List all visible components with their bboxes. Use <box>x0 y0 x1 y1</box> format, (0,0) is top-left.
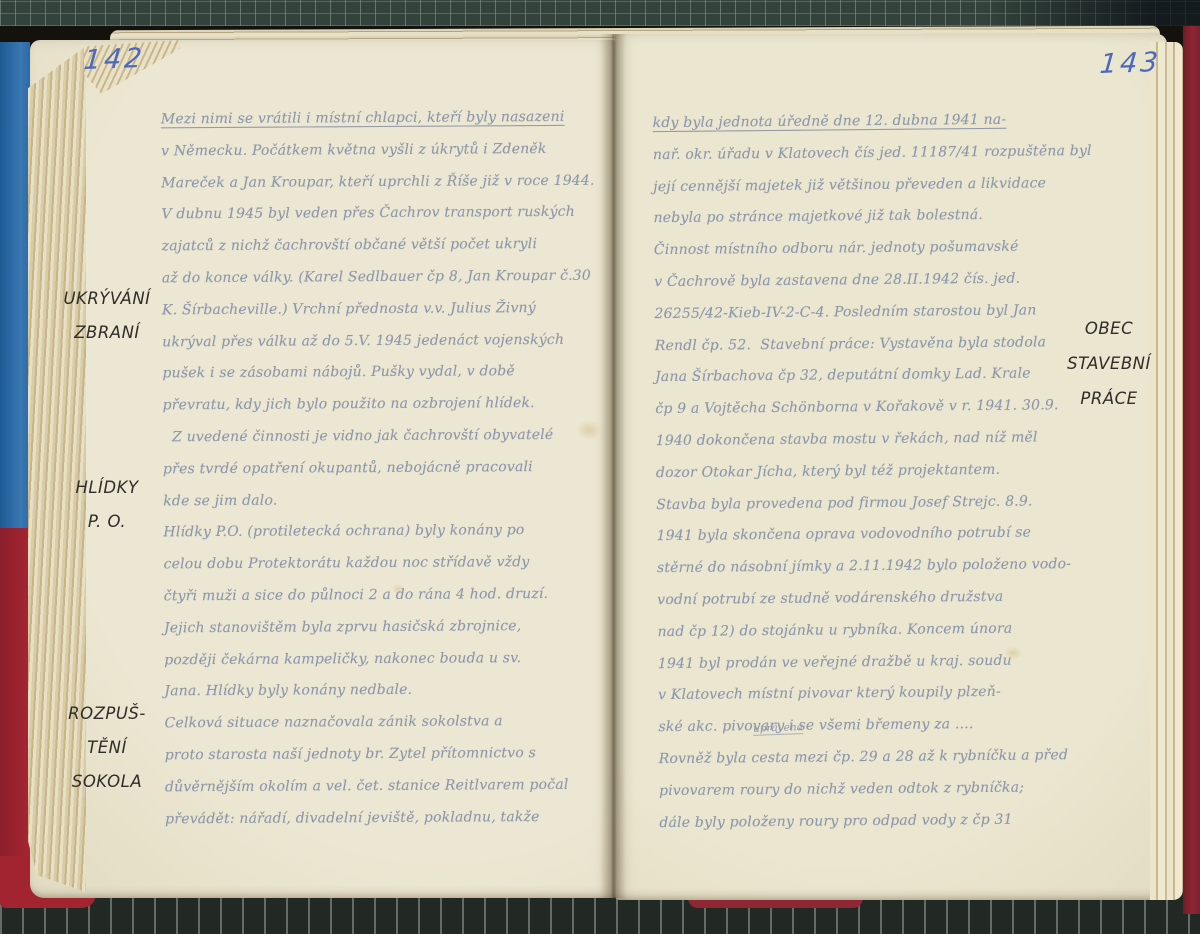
handwritten-line: Rovněž byla cesta mezi čp. 29 a 28 až k … <box>659 740 1098 776</box>
chronicle-scan: 142 143 UKRÝVÁNÍ ZBRANÍ HLÍDKY P. O. ROZ… <box>0 0 1200 934</box>
handwritten-line: až do konce války. (Karel Sedlbauer čp 8… <box>162 261 596 295</box>
handwritten-line: stěrné do násobní jímky a 2.11.1942 bylo… <box>657 549 1096 585</box>
handwritten-line: čtyři muži a sice do půlnoci 2 a do rána… <box>164 579 598 613</box>
handwritten-line: Hlídky P.O. (protiletecká ochrana) byly … <box>163 515 597 549</box>
handwritten-line: Činnost místního odboru nár. jednoty poš… <box>654 231 1093 267</box>
handwritten-line: převádět: nářadí, divadelní jeviště, pok… <box>165 801 599 835</box>
handwritten-line: v Čachrově byla zastavena dne 28.II.1942… <box>654 263 1093 299</box>
handwritten-line: kdy byla jednota úředně dne 12. dubna 19… <box>653 104 1092 140</box>
handwritten-line: nebyla po stránce majetkové již tak bole… <box>653 199 1092 235</box>
handwritten-line: vodní potrubí ze studně vodárenského dru… <box>657 581 1096 617</box>
margin-heading-line: ZBRANÍ <box>46 316 168 350</box>
handwritten-line: Z uvedené činnosti je vidno jak čachrovš… <box>163 420 597 454</box>
handwritten-line: K. Šírbacheville.) Vrchní přednosta v.v.… <box>162 292 596 326</box>
margin-heading-line: TĚNÍ <box>46 731 168 765</box>
handwritten-line: dozor Otokar Jícha, který byl též projek… <box>656 454 1095 490</box>
margin-heading-line: ROZPUŠ- <box>46 697 168 731</box>
handwritten-line: ské akc. pivovary i se všemi břemeny za … <box>658 708 1097 744</box>
book-gutter-shadow <box>600 34 626 898</box>
handwritten-line: Rendl čp. 52. Stavební práce: Vystavěna … <box>655 326 1094 362</box>
handwritten-line: zajatců z nichž čachrovští občané větší … <box>162 229 596 263</box>
handwritten-line: kde se jim dalo. <box>163 483 597 517</box>
handwritten-text-right-page: kdy byla jednota úředně dne 12. dubna 19… <box>653 104 1099 840</box>
handwritten-line: převratu, kdy jich bylo použito na ozbro… <box>163 388 597 422</box>
margin-heading-line: SOKOLA <box>46 765 168 799</box>
handwritten-line: 1941 byl prodán ve veřejné dražbě u kraj… <box>658 644 1097 680</box>
page-number-right: 143 <box>1099 47 1162 80</box>
handwritten-text-left-page: Mezi nimi se vrátili i místní chlapci, k… <box>161 102 599 836</box>
handwritten-line: celou dobu Protektorátu každou noc stříd… <box>163 547 597 581</box>
handwritten-line: její cennější majetek již většinou převe… <box>653 168 1092 204</box>
margin-heading-line: HLÍDKY <box>46 471 168 505</box>
book-cover-red-left <box>0 528 32 904</box>
handwritten-line: 1940 dokončena stavba mostu v řekách, na… <box>656 422 1095 458</box>
handwritten-line: dále byly položeny roury pro odpad vody … <box>659 803 1098 839</box>
handwritten-line: Mareček a Jan Kroupar, kteří uprchli z Ř… <box>161 165 595 199</box>
handwritten-insertion-word: upravená <box>753 721 803 736</box>
handwritten-line: Jejich stanovištěm byla zprvu hasičská z… <box>164 610 598 644</box>
handwritten-line: pušek i se zásobami nábojů. Pušky vydal,… <box>162 356 596 390</box>
handwritten-line: Jana. Hlídky byly konány nedbale. <box>164 674 598 708</box>
handwritten-line: přes tvrdé opatření okupantů, nebojácně … <box>163 451 597 485</box>
handwritten-line: nad čp 12) do stojánku u rybníka. Koncem… <box>657 613 1096 649</box>
margin-heading-line: P. O. <box>46 505 168 539</box>
handwritten-line: proto starosta naší jednoty br. Zytel př… <box>165 738 599 772</box>
handwritten-line: čp 9 a Vojtěcha Schönborna v Kořakově v … <box>655 390 1094 426</box>
page-number-left: 142 <box>83 43 146 76</box>
handwritten-line: nař. okr. úřadu v Klatovech čís jed. 111… <box>653 136 1092 172</box>
handwritten-line: později čekárna kampeličky, nakonec boud… <box>164 642 598 676</box>
handwritten-line: v Klatovech místní pivovar který koupily… <box>658 676 1097 712</box>
handwritten-line: důvěrnějším okolím a vel. čet. stanice R… <box>165 769 599 803</box>
handwritten-line: Mezi nimi se vrátili i místní chlapci, k… <box>161 102 595 136</box>
margin-heading-line: UKRÝVÁNÍ <box>46 282 168 316</box>
handwritten-line: 26255/42-Kieb-IV-2-C-4. Posledním staros… <box>654 295 1093 331</box>
handwritten-line: 1941 byla skončena oprava vodovodního po… <box>656 517 1095 553</box>
cutting-mat-top <box>0 0 1200 26</box>
handwritten-line: Jana Šírbachova čp 32, deputátní domky L… <box>655 358 1094 394</box>
margin-heading-ukryvani-zbrani: UKRÝVÁNÍ ZBRANÍ <box>46 282 168 350</box>
margin-heading-rozpusteni-sokola: ROZPUŠ- TĚNÍ SOKOLA <box>46 697 168 799</box>
handwritten-line: ukrýval přes válku až do 5.V. 1945 jeden… <box>162 324 596 358</box>
book-cover-red-right <box>1183 26 1200 914</box>
book-cover-blue-edge <box>0 42 30 534</box>
handwritten-line: Stavba byla provedena pod firmou Josef S… <box>656 485 1095 521</box>
margin-heading-hlidky-po: HLÍDKY P. O. <box>46 471 168 539</box>
handwritten-line: v Německu. Počátkem května vyšli z úkryt… <box>161 133 595 167</box>
handwritten-line: V dubnu 1945 byl veden přes Čachrov tran… <box>161 197 595 231</box>
handwritten-line: Celková situace naznačovala zánik sokols… <box>164 706 598 740</box>
handwritten-line: pivovarem roury do nichž veden odtok z r… <box>659 772 1098 808</box>
page-edges-right-stack <box>1150 42 1183 900</box>
